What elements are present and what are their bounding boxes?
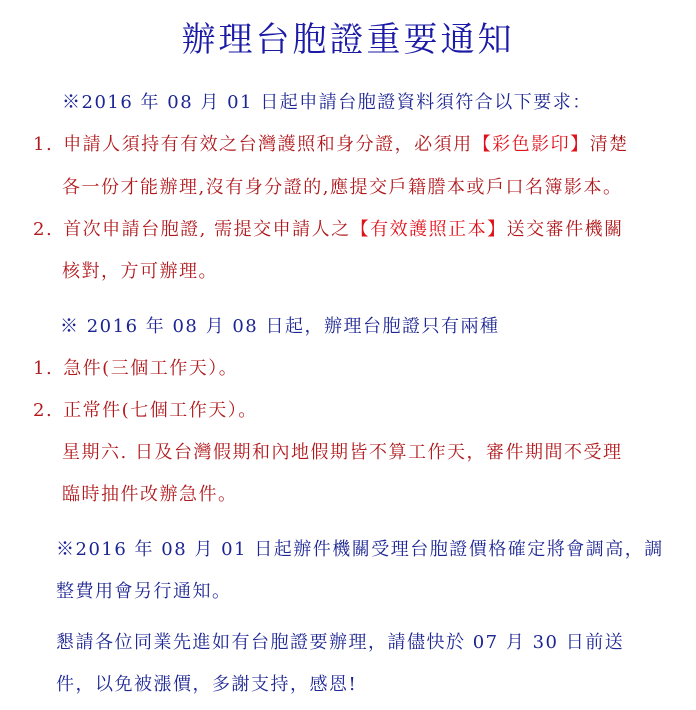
item-number: 1. bbox=[33, 132, 53, 158]
item-text: 申請人須持有有效之台灣護照和身分證，必須用 bbox=[63, 134, 473, 155]
section1-item-2-line2: 核對，方可辦理。 bbox=[62, 259, 218, 285]
section3-line2: 整費用會另行通知。 bbox=[56, 579, 232, 605]
section4-line2: 件，以免被漲價，多謝支持，感恩! bbox=[56, 672, 357, 698]
item-text: 首次申請台胞證, 需提交申請人之 bbox=[63, 219, 350, 240]
section1-item-1-line2: 各一份才能辦理,沒有身分證的,應提交戶籍謄本或戶口名簿影本。 bbox=[62, 175, 622, 201]
item-text: 急件(三個工作天）。 bbox=[63, 358, 238, 379]
item-number: 2. bbox=[33, 217, 53, 243]
section2-note-line2: 臨時抽件改辦急件。 bbox=[62, 482, 238, 508]
section2-item-2: 2.正常件(七個工作天）。 bbox=[33, 398, 258, 424]
section1-heading: ※2016 年 08 月 01 日起申請台胞證資料須符合以下要求： bbox=[62, 90, 592, 116]
highlight-text: 【彩色影印】 bbox=[473, 134, 590, 155]
item-text: 送交審件機關 bbox=[507, 219, 624, 240]
section2-note-line1: 星期六. 日及台灣假期和內地假期皆不算工作天，審件期間不受理 bbox=[62, 440, 622, 466]
section1-item-1-line1: 1.申請人須持有有效之台灣護照和身分證，必須用【彩色影印】清楚 bbox=[33, 132, 629, 158]
section1-item-2-line1: 2.首次申請台胞證, 需提交申請人之【有效護照正本】送交審件機關 bbox=[33, 217, 624, 243]
item-text: 正常件(七個工作天）。 bbox=[63, 400, 258, 421]
section4-line1: 懇請各位同業先進如有台胞證要辦理，請儘快於 07 月 30 日前送 bbox=[56, 630, 624, 656]
notice-page: 辦理台胞證重要通知 ※2016 年 08 月 01 日起申請台胞證資料須符合以下… bbox=[0, 0, 696, 710]
section2-heading: ※ 2016 年 08 月 08 日起，辦理台胞證只有兩種 bbox=[60, 314, 499, 340]
section2-item-1: 1.急件(三個工作天）。 bbox=[33, 356, 238, 382]
item-number: 1. bbox=[33, 356, 53, 382]
highlight-text: 【有效護照正本】 bbox=[351, 219, 507, 240]
item-text: 清楚 bbox=[590, 134, 629, 155]
notice-title: 辦理台胞證重要通知 bbox=[0, 18, 696, 62]
section3-line1: ※2016 年 08 月 01 日起辦件機關受理台胞證價格確定將會調高，調 bbox=[56, 537, 664, 563]
item-number: 2. bbox=[33, 398, 53, 424]
